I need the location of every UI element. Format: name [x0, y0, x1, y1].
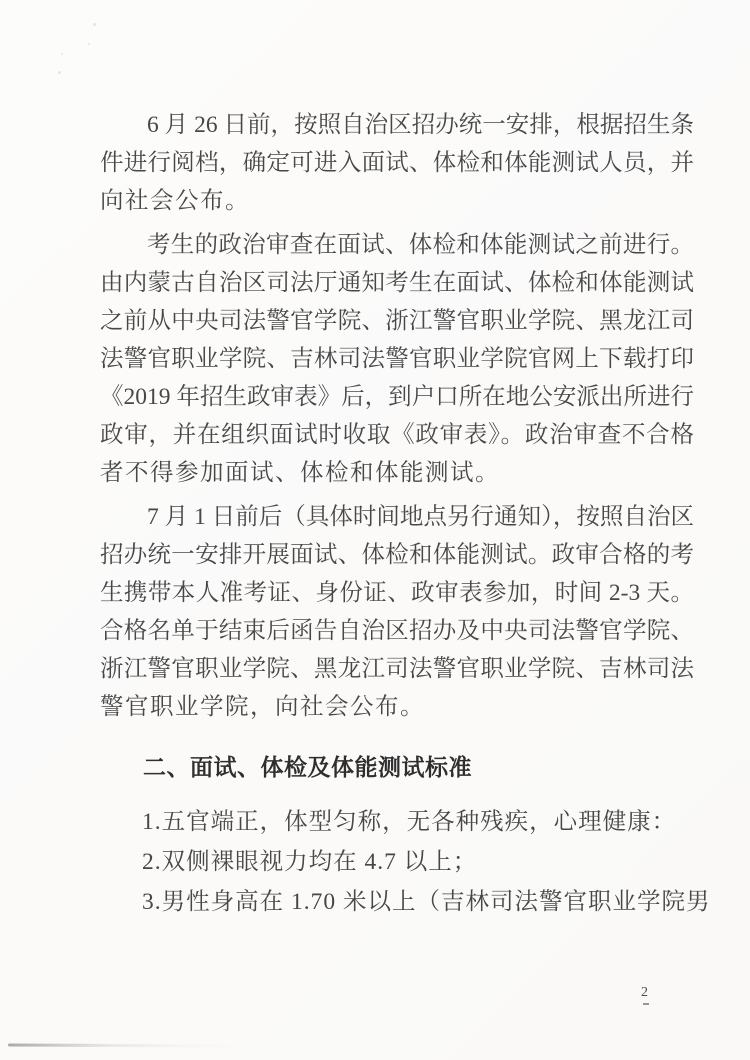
paragraph: 6 月 26 日前，按照自治区招办统一安排，根据招生条 件进行阅档，确定可进入面…: [100, 106, 694, 220]
text-line: 件进行阅档，确定可进入面试、体检和体能测试人员，并: [100, 144, 694, 182]
text-line: 合格名单于结束后函告自治区招办及中央司法警官学院、: [100, 612, 694, 650]
body-text: 6 月 26 日前，按照自治区招办统一安排，根据招生条 件进行阅档，确定可进入面…: [100, 106, 694, 922]
paragraph: 7 月 1 日前后（具体时间地点另行通知），按照自治区 招办统一安排开展面试、体…: [100, 498, 694, 726]
page-number-underline: [643, 1003, 649, 1005]
text-line: 6 月 26 日前，按照自治区招办统一安排，根据招生条: [100, 106, 694, 144]
list-item: 3.男性身高在 1.70 米以上（吉林司法警官职业学院男: [100, 882, 694, 922]
text-line: 招办统一安排开展面试、体检和体能测试。政审合格的考: [100, 536, 694, 574]
text-line: 生携带本人准考证、身份证、政审表参加，时间 2-3 天。: [100, 574, 694, 612]
standards-list: 1.五官端正，体型匀称，无各种残疾，心理健康： 2.双侧裸眼视力均在 4.7 以…: [100, 802, 694, 922]
document-page: 6 月 26 日前，按照自治区招办统一安排，根据招生条 件进行阅档，确定可进入面…: [0, 0, 750, 1060]
text-line: 7 月 1 日前后（具体时间地点另行通知），按照自治区: [100, 498, 694, 536]
text-line: 之前从中央司法警官学院、浙江警官职业学院、黑龙江司: [100, 302, 694, 340]
scan-speck: [58, 71, 61, 74]
text-line: 考生的政治审查在面试、体检和体能测试之前进行。: [100, 226, 694, 264]
paragraph: 考生的政治审查在面试、体检和体能测试之前进行。 由内蒙古自治区司法厅通知考生在面…: [100, 226, 694, 492]
text-line: 政审，并在组织面试时收取《政审表》。政治审查不合格: [100, 416, 694, 454]
text-line: 《2019 年招生政审表》后，到户口所在地公安派出所进行: [100, 378, 694, 416]
list-item: 1.五官端正，体型匀称，无各种残疾，心理健康：: [100, 802, 694, 842]
page-number: 2: [641, 985, 648, 1001]
section-heading: 二、面试、体检及体能测试标准: [100, 748, 694, 786]
text-line: 浙江警官职业学院、黑龙江司法警官职业学院、吉林司法: [100, 650, 694, 688]
list-item: 2.双侧裸眼视力均在 4.7 以上；: [100, 842, 694, 882]
text-line: 者不得参加面试、体检和体能测试。: [100, 454, 694, 492]
scan-smudge: [8, 1044, 236, 1048]
text-line: 警官职业学院，向社会公布。: [100, 688, 694, 726]
scan-speck: [61, 53, 63, 55]
scan-speck: [88, 43, 90, 45]
scan-speck: [93, 23, 96, 26]
text-line: 向社会公布。: [100, 182, 694, 220]
text-line: 由内蒙古自治区司法厅通知考生在面试、体检和体能测试: [100, 264, 694, 302]
text-line: 法警官职业学院、吉林司法警官职业学院官网上下载打印: [100, 340, 694, 378]
